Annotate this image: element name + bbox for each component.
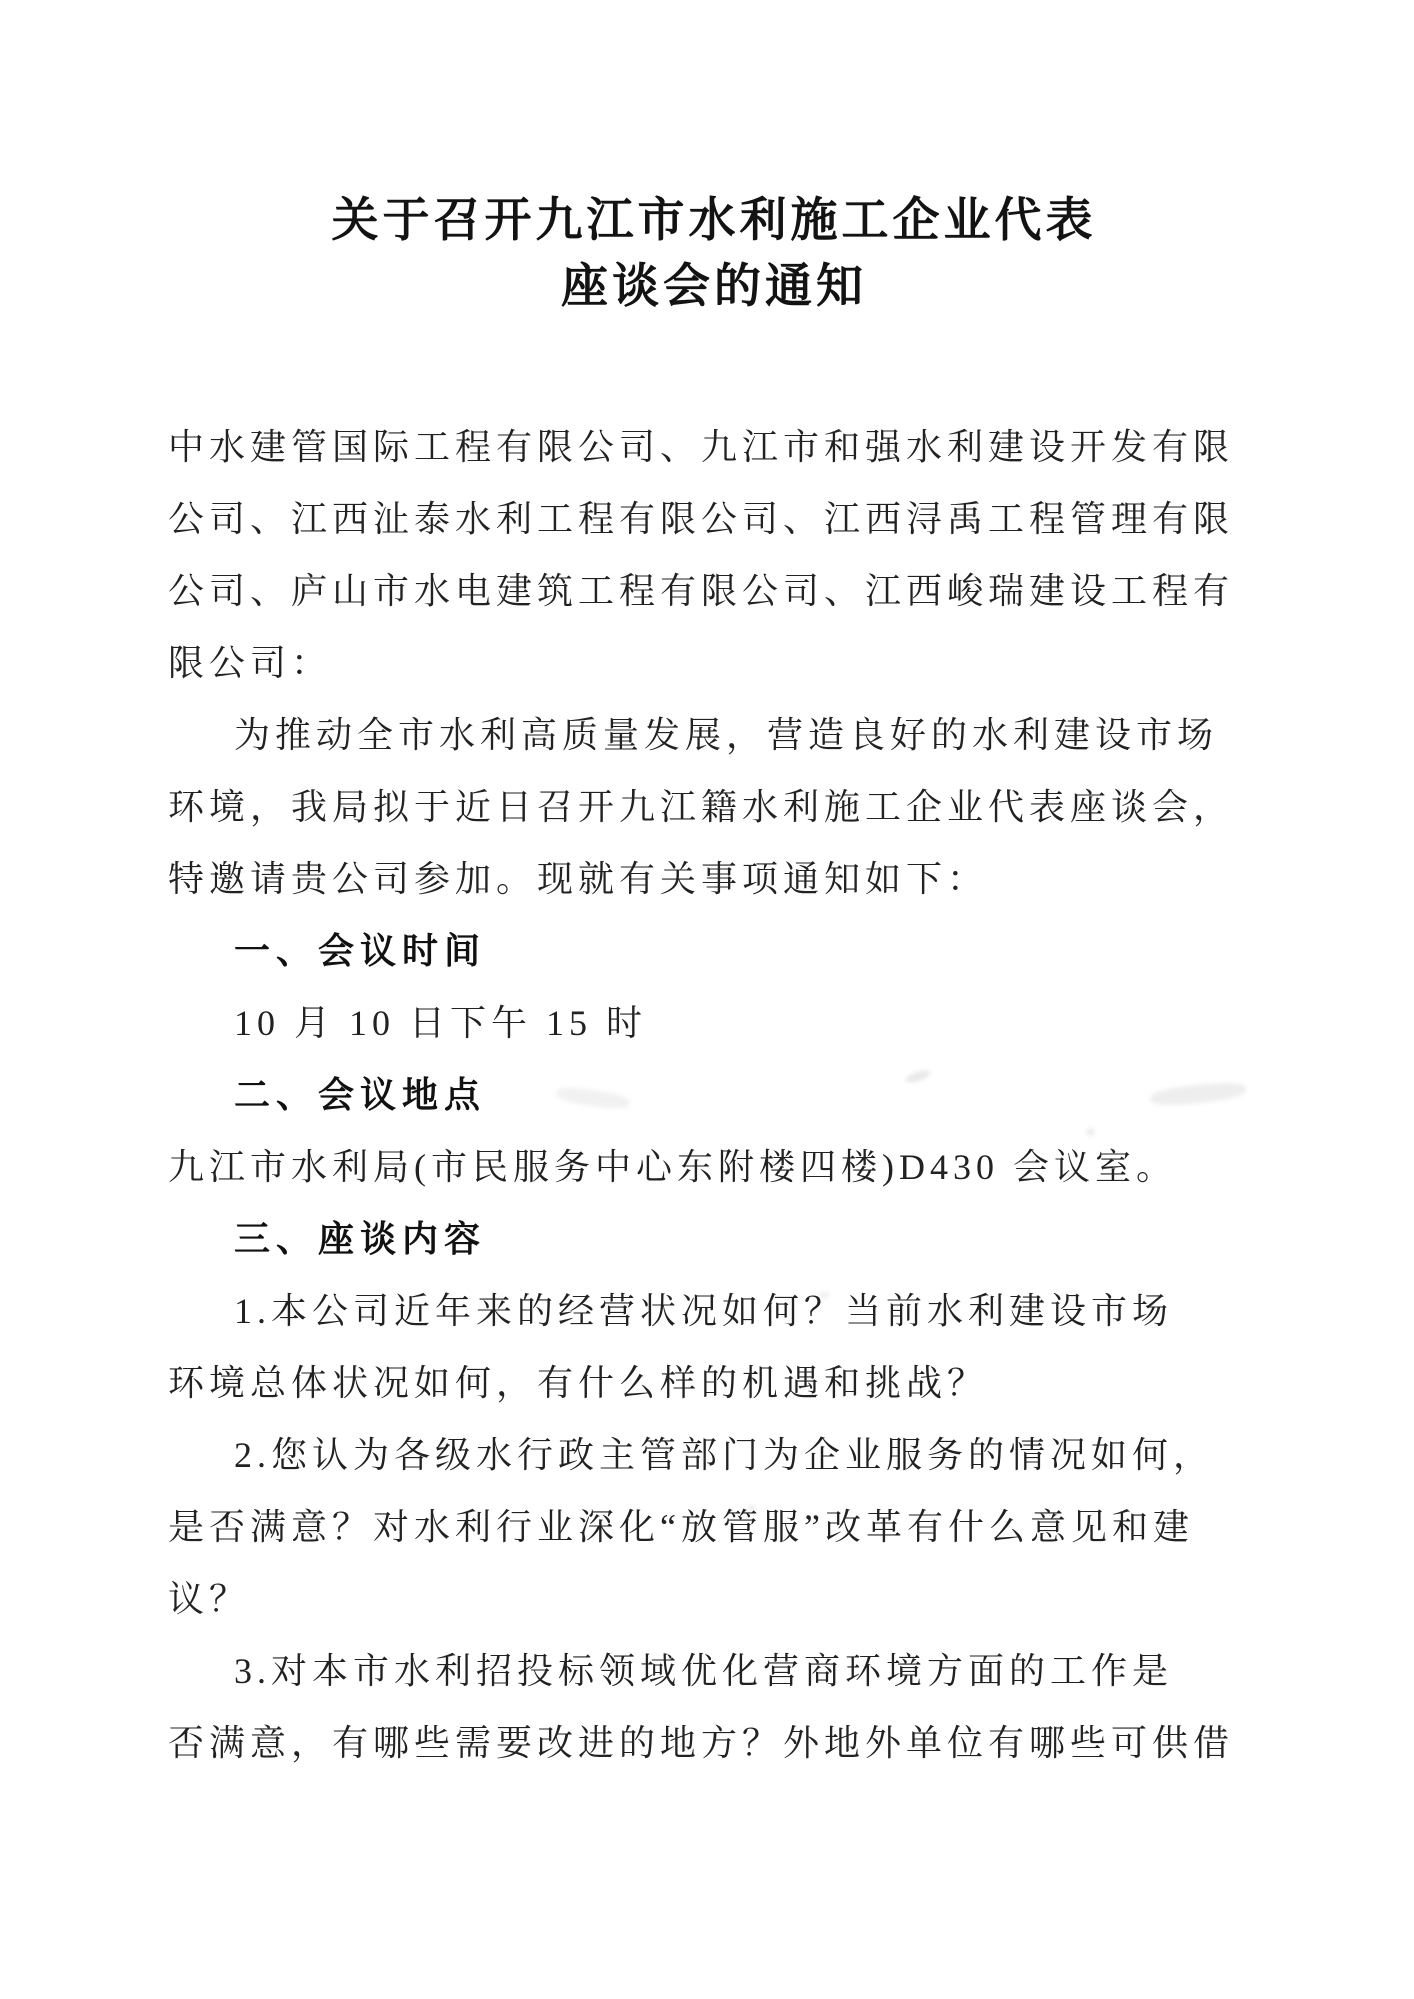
discussion-item-line: 环境总体状况如何，有什么样的机遇和挑战？ <box>168 1347 1260 1419</box>
intro-line: 环境，我局拟于近日召开九江籍水利施工企业代表座谈会， <box>168 771 1260 843</box>
discussion-item-line: 议？ <box>168 1563 1260 1635</box>
discussion-item-2: 2.您认为各级水行政主管部门为企业服务的情况如何， 是否满意？对水利行业深化“放… <box>168 1419 1260 1635</box>
discussion-item-line: 1.本公司近年来的经营状况如何？当前水利建设市场 <box>168 1275 1260 1347</box>
discussion-item-1: 1.本公司近年来的经营状况如何？当前水利建设市场 环境总体状况如何，有什么样的机… <box>168 1275 1260 1419</box>
intro-paragraph: 为推动全市水利高质量发展，营造良好的水利建设市场 环境，我局拟于近日召开九江籍水… <box>168 699 1260 915</box>
section-heading-meeting-time: 一、会议时间 <box>168 915 1260 987</box>
discussion-item-line: 是否满意？对水利行业深化“放管服”改革有什么意见和建 <box>168 1491 1260 1563</box>
document-body: 中水建管国际工程有限公司、九江市和强水利建设开发有限 公司、江西沚泰水利工程有限… <box>168 411 1260 1779</box>
intro-line: 特邀请贵公司参加。现就有关事项通知如下： <box>168 843 1260 915</box>
section-discussion-content: 三、座谈内容 1.本公司近年来的经营状况如何？当前水利建设市场 环境总体状况如何… <box>168 1203 1260 1779</box>
document-title: 关于召开九江市水利施工企业代表 座谈会的通知 <box>168 188 1260 320</box>
section-meeting-time: 一、会议时间 10 月 10 日下午 15 时 <box>168 915 1260 1059</box>
section-heading-discussion-content: 三、座谈内容 <box>168 1203 1260 1275</box>
scanned-notice-page: 关于召开九江市水利施工企业代表 座谈会的通知 中水建管国际工程有限公司、九江市和… <box>0 0 1414 1999</box>
intro-line: 为推动全市水利高质量发展，营造良好的水利建设市场 <box>168 699 1260 771</box>
salutation-line: 公司、庐山市水电建筑工程有限公司、江西峻瑞建设工程有 <box>168 555 1260 627</box>
title-line-2: 座谈会的通知 <box>168 254 1260 320</box>
discussion-item-line: 否满意，有哪些需要改进的地方？外地外单位有哪些可供借 <box>168 1707 1260 1779</box>
meeting-place-value: 九江市水利局(市民服务中心东附楼四楼)D430 会议室。 <box>168 1131 1260 1203</box>
discussion-item-line: 2.您认为各级水行政主管部门为企业服务的情况如何， <box>168 1419 1260 1491</box>
section-meeting-place: 二、会议地点 九江市水利局(市民服务中心东附楼四楼)D430 会议室。 <box>168 1059 1260 1203</box>
discussion-item-3: 3.对本市水利招投标领域优化营商环境方面的工作是 否满意，有哪些需要改进的地方？… <box>168 1635 1260 1779</box>
document-content: 关于召开九江市水利施工企业代表 座谈会的通知 中水建管国际工程有限公司、九江市和… <box>168 0 1260 1779</box>
salutation-line: 中水建管国际工程有限公司、九江市和强水利建设开发有限 <box>168 411 1260 483</box>
title-line-1: 关于召开九江市水利施工企业代表 <box>168 188 1260 254</box>
salutation-paragraph: 中水建管国际工程有限公司、九江市和强水利建设开发有限 公司、江西沚泰水利工程有限… <box>168 411 1260 699</box>
salutation-line: 公司、江西沚泰水利工程有限公司、江西浔禹工程管理有限 <box>168 483 1260 555</box>
meeting-time-value: 10 月 10 日下午 15 时 <box>168 987 1260 1059</box>
discussion-item-line: 3.对本市水利招投标领域优化营商环境方面的工作是 <box>168 1635 1260 1707</box>
salutation-line: 限公司： <box>168 627 1260 699</box>
section-heading-meeting-place: 二、会议地点 <box>168 1059 1260 1131</box>
